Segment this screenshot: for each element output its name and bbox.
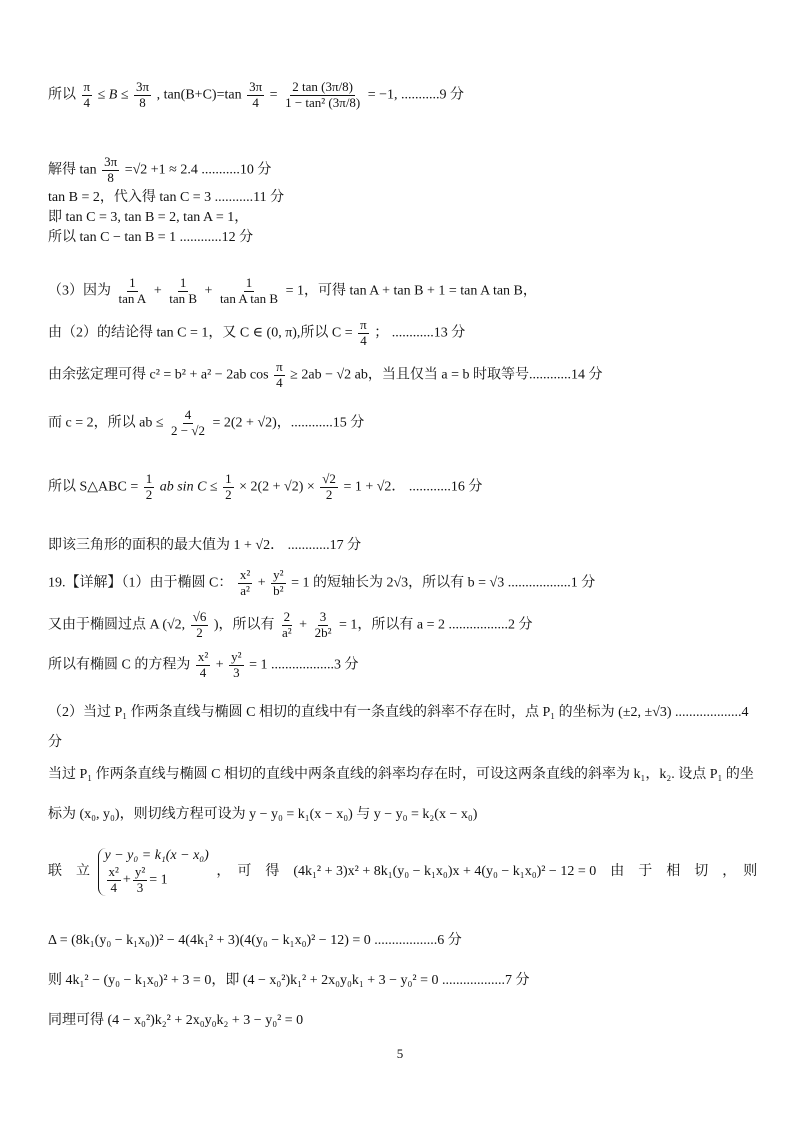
step-13-line: 由（2）的结论得 tan C = 1，又 C ∈ (0, π),所以 C = π… (48, 318, 465, 349)
text: ≥ 2ab − √2 ab，当且仅当 a = b 时取等号...........… (290, 368, 602, 383)
fraction: 1tan A tan B (218, 276, 280, 307)
fraction: 1tan B (167, 276, 199, 307)
text: = 1，所以有 a = 2 .................2 分 (339, 618, 533, 633)
fraction: 42 − √2 (169, 408, 207, 439)
text: 解得 tan (48, 163, 97, 178)
text: 19.【详解】（1）由于椭圆 C： (48, 576, 232, 591)
text: = 1 + √2． ............16 分 (343, 480, 482, 495)
fraction: 1tan A (117, 276, 149, 307)
text: 由（2）的结论得 tan C = 1，又 C ∈ (0, π),所以 C = (48, 326, 353, 341)
step-9-line: 所以 π4 ≤ B ≤ 3π8 , tan(B+C)=tan 3π4 = 2 t… (48, 80, 464, 111)
text: + (258, 576, 266, 591)
fraction: x²a² (238, 568, 252, 599)
fraction: π4 (358, 318, 369, 349)
q19-system-line: 联 立 y − y₀ = k₁(x − x₀) x²4+y²3= 1 ， 可 得… (48, 848, 757, 896)
fraction: y²b² (271, 568, 285, 599)
text: = 1，可得 tan A + tan B + 1 = tan A tan B， (286, 284, 537, 299)
step-7-line: 则 4k₁² − (y₀ − k₁x₀)² + 3 = 0，即 (4 − x₀²… (48, 973, 530, 990)
fraction: 2a² (280, 610, 294, 641)
fraction: 3π8 (102, 155, 119, 186)
fraction: x²4 (196, 650, 210, 681)
q19-part1-line: 19.【详解】（1）由于椭圆 C： x²a² + y²b² = 1 的短轴长为 … (48, 568, 595, 599)
text: y − y₀ = k₁(x − x₀) (105, 848, 209, 865)
text: 所以 (48, 88, 76, 103)
fraction: 3π4 (247, 80, 264, 111)
text: x²4+y²3= 1 (105, 865, 209, 896)
step-16-line: 所以 S△ABC = 12 ab sin C ≤ 12 × 2(2 + √2) … (48, 472, 482, 503)
text: 所以 S△ABC = (48, 480, 138, 495)
step-12-line: 所以 tan C − tan B = 1 ............12 分 (48, 230, 253, 247)
text: = 1 的短轴长为 2√3，所以有 b = √3 ...............… (291, 576, 595, 591)
text: = −1, ...........9 分 (368, 88, 464, 103)
step-11-line: tan B = 2，代入得 tan C = 3 ...........11 分 (48, 190, 284, 207)
text: 而 c = 2，所以 ab ≤ (48, 416, 164, 431)
text: , tan(B+C)=tan (157, 88, 242, 103)
q19-part2-line: （2）当过 P₁ 作两条直线与椭圆 C 相切的直线中有一条直线的斜率不存在时，点… (48, 705, 749, 722)
q19-part2-cont: 分 (48, 735, 62, 752)
text: 联 立 (48, 864, 90, 879)
fraction: π4 (274, 360, 285, 391)
fraction: 12 (144, 472, 155, 503)
fraction: π4 (82, 80, 93, 111)
part3-line: （3）因为 1tan A + 1tan B + 1tan A tan B = 1… (48, 276, 537, 307)
text: ab sin C ≤ (160, 480, 218, 495)
fraction: 12 (223, 472, 234, 503)
result-line: 即 tan C = 3, tan B = 2, tan A = 1， (48, 210, 248, 227)
text: 又由于椭圆过点 A (√2, (48, 618, 185, 633)
text: × 2(2 + √2) × (239, 480, 315, 495)
text: =√2 +1 ≈ 2.4 ...........10 分 (125, 163, 272, 178)
text: 由余弦定理可得 c² = b² + a² − 2ab cos (48, 368, 269, 383)
fraction: y²3 (229, 650, 243, 681)
q19-step3-line: 所以有椭圆 C 的方程为 x²4 + y²3 = 1 .............… (48, 650, 358, 681)
text: 所以有椭圆 C 的方程为 (48, 658, 190, 673)
text: )，所以有 (214, 618, 275, 633)
fraction: √62 (191, 610, 209, 641)
text: + (205, 284, 213, 299)
step-6-line: Δ = (8k₁(y₀ − k₁x₀))² − 4(4k₁² + 3)(4(y₀… (48, 933, 462, 950)
text: + (299, 618, 307, 633)
similar-line: 同理可得 (4 − x₀²)k₂² + 2x₀y₀k₂ + 3 − y₀² = … (48, 1013, 303, 1030)
text: ， 可 得 (4k₁² + 3)x² + 8k₁(y₀ − k₁x₀)x + 4… (216, 864, 757, 879)
fraction: 3π8 (134, 80, 151, 111)
step-17-line: 即该三角形的面积的最大值为 1 + √2． ............17 分 (48, 538, 361, 555)
fraction: √22 (320, 472, 338, 503)
text: + (154, 284, 162, 299)
step-14-line: 由余弦定理可得 c² = b² + a² − 2ab cos π4 ≥ 2ab … (48, 360, 602, 391)
text: = 1 ..................3 分 (249, 658, 358, 673)
text: ； ............13 分 (374, 326, 465, 341)
text: = (270, 88, 278, 103)
q19-step2-line: 又由于椭圆过点 A (√2, √62 )，所以有 2a² + 32b² = 1，… (48, 610, 533, 641)
q19-slopes-line: 当过 P₁ 作两条直线与椭圆 C 相切的直线中两条直线的斜率均存在时，可设这两条… (48, 767, 754, 784)
step-10-line: 解得 tan 3π8 =√2 +1 ≈ 2.4 ...........10 分 (48, 155, 271, 186)
text: = 2(2 + √2)，............15 分 (212, 416, 364, 431)
q19-tangent-line: 标为 (x₀, y₀)，则切线方程可设为 y − y₀ = k₁(x − x₀)… (48, 807, 477, 824)
page-number: 5 (0, 1046, 800, 1062)
fraction: 32b² (313, 610, 334, 641)
text: + (216, 658, 224, 673)
step-15-line: 而 c = 2，所以 ab ≤ 42 − √2 = 2(2 + √2)，....… (48, 408, 364, 439)
equation-system: y − y₀ = k₁(x − x₀) x²4+y²3= 1 (98, 848, 209, 896)
fraction: 2 tan (3π/8)1 − tan² (3π/8) (283, 80, 362, 111)
text: （3）因为 (48, 284, 111, 299)
text: ≤ B ≤ (98, 88, 129, 103)
